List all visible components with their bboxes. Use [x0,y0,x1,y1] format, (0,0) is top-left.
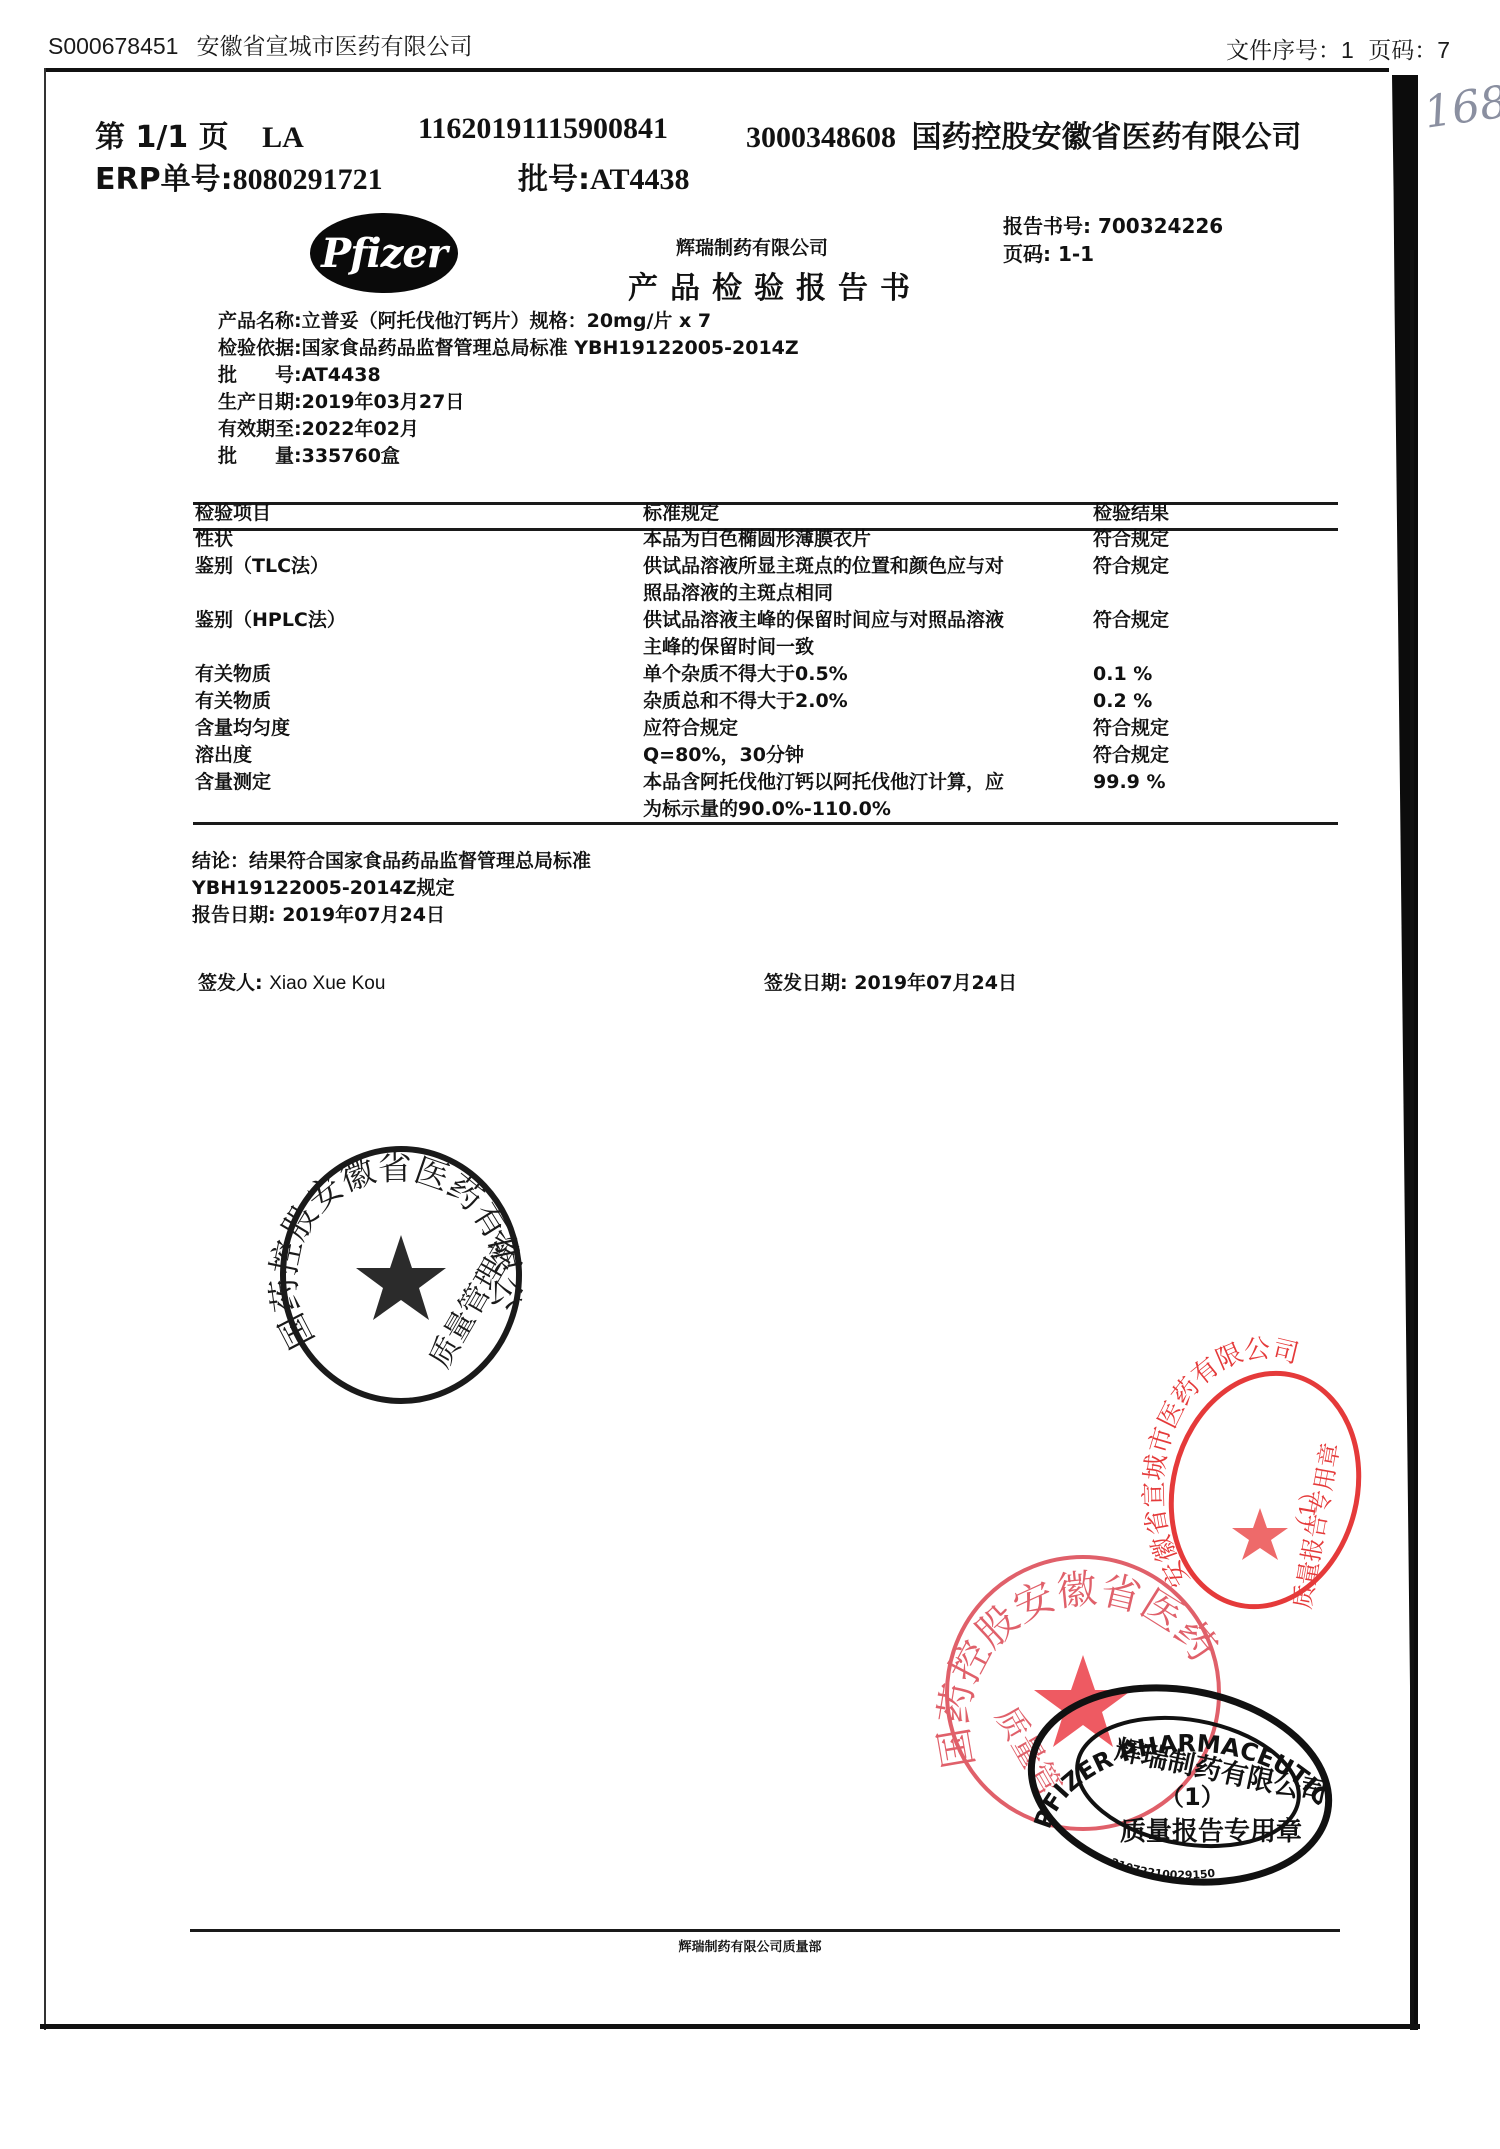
test-item: 鉴别（TLC法） [195,553,329,580]
sign-date-label: 签发日期: [764,972,848,994]
info-label: 批 号: [218,362,302,389]
info-label: 有效期至: [218,416,302,443]
standard-text: 本品为白色椭圆形薄膜衣片 [643,526,871,553]
standard-text: 照品溶液的主斑点相同 [643,580,833,607]
batch-label: 批号: [518,162,590,197]
logo-text: Pfizer [321,230,447,277]
test-item: 含量均匀度 [195,715,290,742]
header-code: LA [262,121,304,154]
test-result: 符合规定 [1093,607,1169,634]
scan-company: 安徽省宣城市医药有限公司 [196,33,472,59]
print-header-line1-left: 第 1/1 页 LA [95,112,304,156]
info-row: 产品名称:立普妥（阿托伐他汀钙片）规格：20mg/片 x 7 [218,308,711,335]
scan-header-left: S000678451安徽省宣城市医药有限公司 [48,28,472,61]
sign-date-line: 签发日期: 2019年07月24日 [764,968,1017,995]
report-page: 1-1 [1058,242,1094,266]
standard-text: 本品含阿托伐他汀钙以阿托伐他汀计算，应 [643,769,1004,796]
standard-text: 供试品溶液主峰的保留时间应与对照品溶液 [643,607,1004,634]
test-item: 有关物质 [195,688,271,715]
print-header-line1-right: 3000348608 国药控股安徽省医药有限公司 [746,112,1302,156]
frame-border-right-thin [1410,250,1414,2030]
report-number-line: 报告书号: 700324226 [1003,210,1223,239]
info-row: 批 号:AT4438 [218,362,381,389]
stamp-purpose: 质量报告专用章 [1120,1816,1302,1847]
stamp-text-top: 国药控股安徽省医药有限公司 [259,1109,528,1355]
info-value: 335760盒 [302,445,400,467]
stamp-guoyao-quality-dept: 国药控股安徽省医药有限公司 质量管理部 [276,1140,526,1414]
document-id: S000678451 [48,33,178,59]
scan-header-right: 文件序号：1 页码：7 [1226,32,1450,65]
info-row: 批 量:335760盒 [218,443,400,470]
info-label: 检验依据: [218,335,302,362]
info-value: 立普妥（阿托伐他汀钙片）规格：20mg/片 x 7 [302,310,711,332]
stamp-number: （1） [1160,1783,1225,1811]
standard-text: Q=80%，30分钟 [643,742,804,769]
pfizer-logo: Pfizer [310,213,458,293]
erp-label: ERP单号: [95,162,233,197]
test-result: 符合规定 [1093,742,1169,769]
standard-text: 应符合规定 [643,715,738,742]
info-value: 2019年03月27日 [302,391,465,413]
stamp-pfizer-quality-report: PFIZER PHARMACEUTICALS LIMITED 210722100… [1020,1680,1340,1884]
sign-date: 2019年07月24日 [854,972,1017,994]
table-header-cell: 检验项目 [195,500,271,527]
page-label: 页码： [1368,37,1437,63]
customer-code: 3000348608 [746,121,896,154]
frame-border-bottom [40,2024,1420,2029]
test-result: 符合规定 [1093,715,1169,742]
page-info: 第 1/1 页 [95,120,229,155]
info-label: 批 量: [218,443,302,470]
frame-border-right [1392,75,1418,2030]
test-result: 0.1 % [1093,661,1152,688]
info-label: 生产日期: [218,389,302,416]
report-date: 报告日期: 2019年07月24日 [192,902,445,929]
signer-name: Xiao Xue Kou [269,973,385,994]
test-item: 鉴别（HPLC法） [195,607,346,634]
handwritten-note: 168 [1421,76,1500,138]
file-seq: 1 [1341,37,1354,63]
test-item: 性状 [195,526,233,553]
info-value: 2022年02月 [302,418,419,440]
info-value: AT4438 [302,364,381,386]
signer-line: 签发人: Xiao Xue Kou [198,968,385,995]
report-page-line: 页码: 1-1 [1003,238,1094,267]
standard-text: 主峰的保留时间一致 [643,634,814,661]
erp-number: 8080291721 [233,163,383,196]
manufacturer-name: 辉瑞制药有限公司 [676,233,828,260]
frame-border-top [44,68,1389,72]
standard-text: 为标示量的90.0%-110.0% [643,796,891,823]
conclusion-line: YBH19122005-2014Z规定 [192,875,454,902]
info-row: 检验依据:国家食品药品监督管理总局标准 YBH19122005-2014Z [218,335,799,362]
file-seq-label: 文件序号： [1226,37,1341,63]
signer-label: 签发人: [198,972,263,994]
test-item: 有关物质 [195,661,271,688]
standard-text: 单个杂质不得大于0.5% [643,661,848,688]
distributor-name: 国药控股安徽省医药有限公司 [912,120,1302,155]
info-label: 产品名称: [218,308,302,335]
batch-number: AT4438 [590,163,689,196]
frame-border-left [44,68,46,2030]
serial-number: 116201911159008​41 [418,112,668,146]
info-row: 生产日期:2019年03月27日 [218,389,464,416]
report-title: 产品检验报告书 [628,263,922,307]
test-result: 99.9 % [1093,769,1166,796]
report-page-label: 页码: [1003,242,1051,266]
report-number-label: 报告书号: [1003,214,1091,238]
standard-text: 供试品溶液所显主斑点的位置和颜色应与对 [643,553,1004,580]
info-row: 有效期至:2022年02月 [218,416,419,443]
test-item: 溶出度 [195,742,252,769]
test-result: 符合规定 [1093,526,1169,553]
footer-divider [190,1929,1340,1932]
batch-number-line: 批号:AT4438 [518,154,689,198]
erp-number-line: ERP单号:8080291721 [95,154,383,198]
standard-text: 杂质总和不得大于2.0% [643,688,848,715]
page-number: 7 [1437,37,1450,63]
footer-department: 辉瑞制药有限公司质量部 [0,1936,1500,1955]
test-result: 符合规定 [1093,553,1169,580]
test-result: 0.2 % [1093,688,1152,715]
table-header-cell: 检验结果 [1093,500,1169,527]
test-item: 含量测定 [195,769,271,796]
report-number: 700324226 [1098,214,1223,238]
table-header-cell: 标准规定 [643,500,719,527]
stamp-code: 2107221002915​0 [1109,1856,1216,1882]
conclusion-line: 结论：结果符合国家食品药品监督管理总局标准 [192,848,591,875]
info-value: 国家食品药品监督管理总局标准 YBH19122005-2014Z [302,337,799,359]
